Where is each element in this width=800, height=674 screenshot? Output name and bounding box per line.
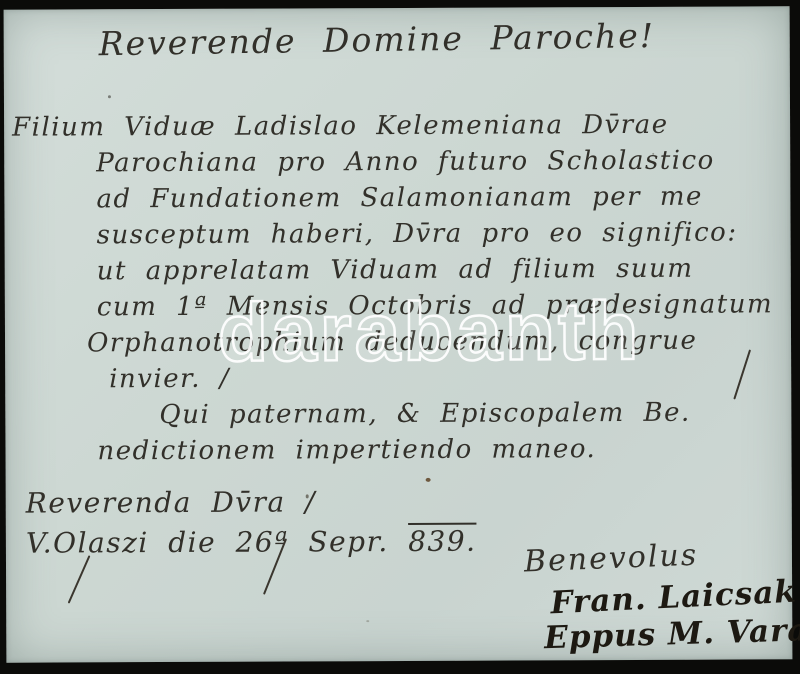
place-date-line: V.Olaszi die 26ª Sepr. 839. [26,522,477,564]
body-line: ut apprelatam Viduam ad filium suum [97,250,787,289]
signature-title: Eppus M. Varad [544,612,800,658]
closing-addressee: Reverenda Dv̄ra / [26,482,477,524]
body-line: cum 1ª Mensis Octobris ad prædesignatum [97,286,787,325]
salutation: Reverende Domine Paroche! [98,16,655,63]
year-overlined: 839. [408,525,476,558]
body-line: Orphanotrophium deducendum, congrue [87,322,787,361]
closing-block: Reverenda Dv̄ra / V.Olaszi die 26ª Sepr.… [26,482,477,564]
paper-fox-spot [426,478,431,482]
paper-fox-spot [306,494,309,498]
valediction: Benevolus [523,538,698,580]
signature-block: Fran. Laicsak Eppus M. Varad [550,572,800,659]
letter-body: Filium Viduæ Ladislao Kelemeniana Dv̄rae… [12,106,788,469]
place-date-prefix: V.Olaszi die 26ª Sepr. [26,525,408,560]
body-line: Filium Viduæ Ladislao Kelemeniana Dv̄rae [12,106,786,145]
body-line: invier. / [109,358,787,397]
body-line: ad Fundationem Salamonianam per me [96,178,786,217]
letter-paper: Reverende Domine Paroche! Filium Viduæ L… [4,6,793,662]
paper-fox-spot [652,153,654,155]
body-line: susceptum haberi, Dv̄ra pro eo significo… [96,214,786,253]
body-line: Parochiana pro Anno futuro Scholastico [96,142,786,181]
paper-fox-spot [108,95,111,98]
body-line: Qui paternam, & Episcopalem Be. [159,394,787,433]
body-line: nedictionem impertiendo maneo. [97,430,787,469]
scan-frame: Reverende Domine Paroche! Filium Viduæ L… [0,0,800,674]
paper-fox-spot [366,620,369,622]
